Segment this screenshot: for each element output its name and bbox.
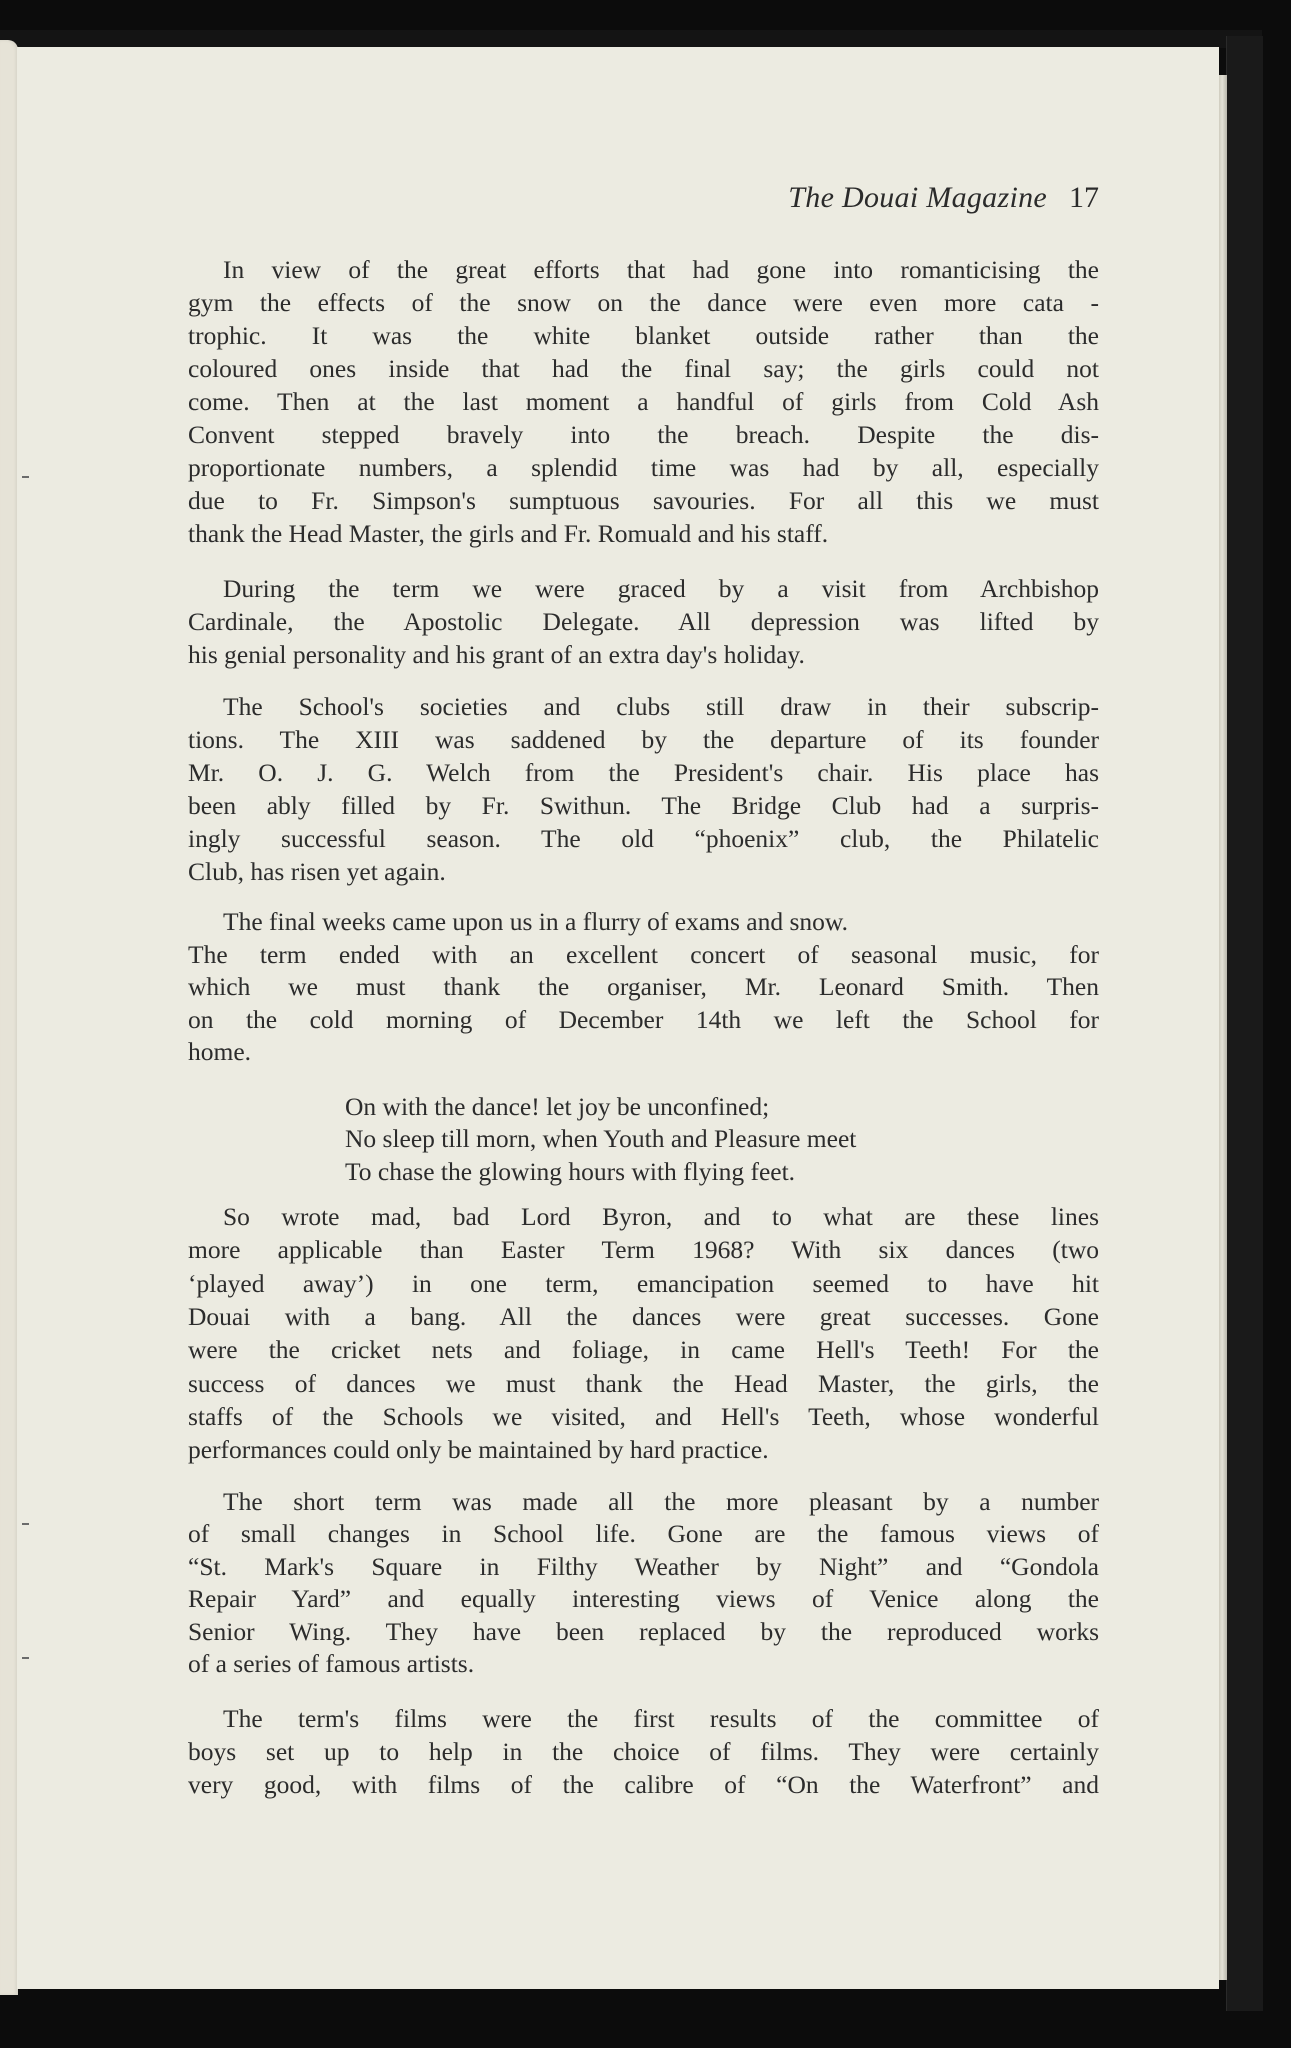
text-line: which we must thank the organiser, Mr. L… xyxy=(188,971,1099,1003)
book-cover-top xyxy=(0,30,1262,48)
text-line: staffs of the Schools we visited, and He… xyxy=(188,1401,1099,1433)
text-line: The term's films were the first results … xyxy=(223,1703,1099,1735)
text-line: on the cold morning of December 14th we … xyxy=(188,1004,1099,1036)
text-line: Mr. O. J. G. Welch from the President's … xyxy=(188,757,1099,789)
poem-line: To chase the glowing hours with flying f… xyxy=(345,1156,1045,1188)
text-line: The term ended with an excellent concert… xyxy=(188,939,1099,971)
book-cover-edge xyxy=(1226,36,1263,2011)
text-line: The final weeks came upon us in a flurry… xyxy=(223,906,1099,938)
text-line: “St. Mark's Square in Filthy Weather by … xyxy=(188,1551,1099,1583)
text-line: of small changes in School life. Gone ar… xyxy=(188,1518,1099,1550)
margin-mark xyxy=(22,1657,29,1659)
poem-line: On with the dance! let joy be unconfined… xyxy=(345,1091,1045,1123)
text-line: tions. The XIII was saddened by the depa… xyxy=(188,724,1099,756)
running-head: The Douai Magazine17 xyxy=(700,181,1099,215)
text-line: more applicable than Easter Term 1968? W… xyxy=(188,1234,1099,1266)
text-line: proportionate numbers, a splendid time w… xyxy=(188,452,1099,484)
text-line: due to Fr. Simpson's sumptuous savouries… xyxy=(188,485,1099,517)
text-line: come. Then at the last moment a handful … xyxy=(188,386,1099,418)
page-stack-edge xyxy=(1219,75,1227,1980)
text-line: Douai with a bang. All the dances were g… xyxy=(188,1301,1099,1333)
text-line: Cardinale, the Apostolic Delegate. All d… xyxy=(188,606,1099,638)
text-line: Convent stepped bravely into the breach.… xyxy=(188,419,1099,451)
text-line: Senior Wing. They have been replaced by … xyxy=(188,1616,1099,1648)
text-line: been ably filled by Fr. Swithun. The Bri… xyxy=(188,790,1099,822)
text-line: his genial personality and his grant of … xyxy=(188,639,1099,671)
page-number: 17 xyxy=(1069,181,1099,214)
text-line: During the term we were graced by a visi… xyxy=(223,573,1099,605)
text-line: Club, has risen yet again. xyxy=(188,856,1099,888)
margin-mark xyxy=(22,476,29,478)
margin-mark xyxy=(22,1523,29,1525)
text-line: So wrote mad, bad Lord Byron, and to wha… xyxy=(223,1201,1099,1233)
text-line: The short term was made all the more ple… xyxy=(223,1486,1099,1518)
text-line: home. xyxy=(188,1036,1099,1068)
text-line: performances could only be maintained by… xyxy=(188,1434,1099,1466)
running-title: The Douai Magazine xyxy=(788,181,1047,214)
text-line: boys set up to help in the choice of fil… xyxy=(188,1736,1099,1768)
text-line: gym the effects of the snow on the dance… xyxy=(188,287,1099,319)
text-line: In view of the great efforts that had go… xyxy=(223,254,1099,286)
text-line: success of dances we must thank the Head… xyxy=(188,1368,1099,1400)
text-line: were the cricket nets and foliage, in ca… xyxy=(188,1334,1099,1366)
poem-line: No sleep till morn, when Youth and Pleas… xyxy=(345,1123,1045,1155)
text-line: coloured ones inside that had the final … xyxy=(188,353,1099,385)
text-line: ‘played away’) in one term, emancipation… xyxy=(188,1268,1099,1300)
text-line: very good, with films of the calibre of … xyxy=(188,1769,1099,1801)
text-line: trophic. It was the white blanket outsid… xyxy=(188,320,1099,352)
text-line: of a series of famous artists. xyxy=(188,1648,1099,1680)
text-line: ingly successful season. The old “phoeni… xyxy=(188,823,1099,855)
previous-page-edge xyxy=(0,40,18,1995)
text-line: Repair Yard” and equally interesting vie… xyxy=(188,1583,1099,1615)
text-line: The School's societies and clubs still d… xyxy=(223,691,1099,723)
text-line: thank the Head Master, the girls and Fr.… xyxy=(188,518,1099,550)
